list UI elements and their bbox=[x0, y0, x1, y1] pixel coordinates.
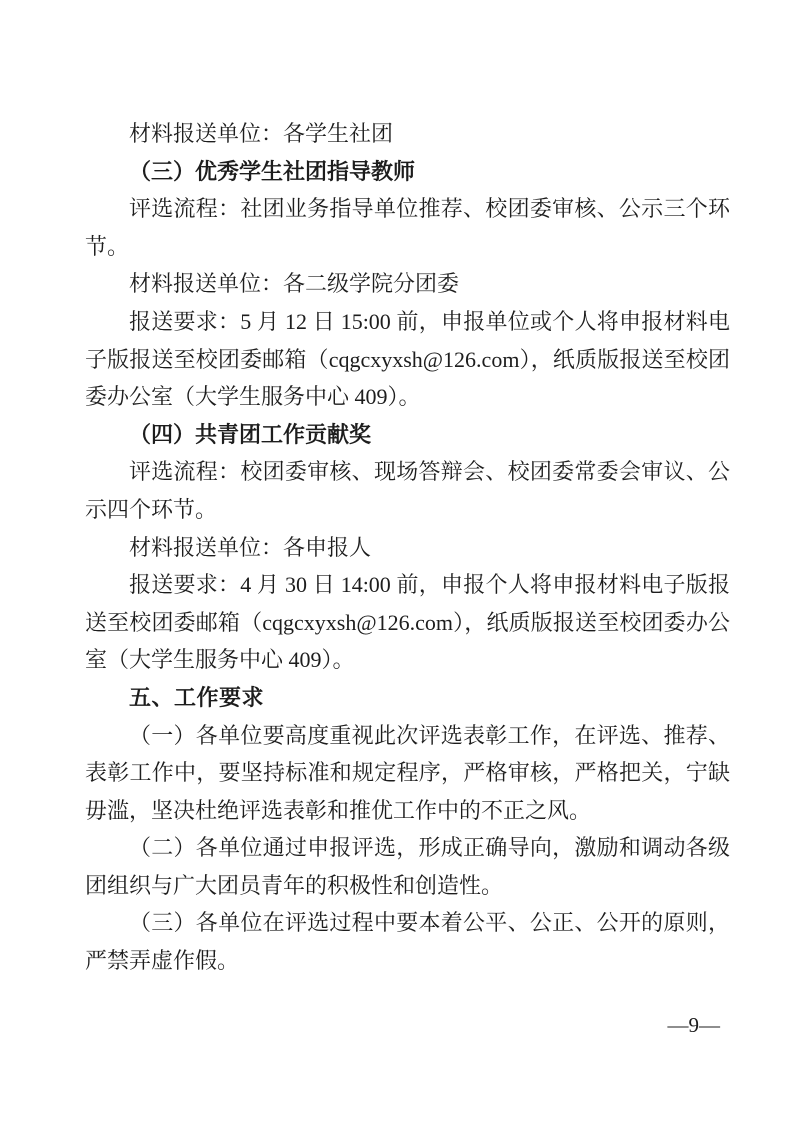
paragraph: （三）各单位在评选过程中要本着公平、公正、公开的原则，严禁弄虚作假。 bbox=[85, 904, 730, 979]
paragraph: 报送要求：5 月 12 日 15:00 前，申报单位或个人将申报材料电子版报送至… bbox=[85, 303, 730, 416]
section-heading: （四）共青团工作贡献奖 bbox=[85, 416, 730, 454]
paragraph: 评选流程：校团委审核、现场答辩会、校团委常委会审议、公示四个环节。 bbox=[85, 453, 730, 528]
document-body: 材料报送单位：各学生社团（三）优秀学生社团指导教师评选流程：社团业务指导单位推荐… bbox=[85, 115, 730, 980]
section-heading: 五、工作要求 bbox=[85, 679, 730, 717]
paragraph: 材料报送单位：各二级学院分团委 bbox=[85, 265, 730, 303]
paragraph: 评选流程：社团业务指导单位推荐、校团委审核、公示三个环节。 bbox=[85, 190, 730, 265]
paragraph: 材料报送单位：各学生社团 bbox=[85, 115, 730, 153]
document-page: 材料报送单位：各学生社团（三）优秀学生社团指导教师评选流程：社团业务指导单位推荐… bbox=[0, 0, 794, 1122]
paragraph: （一）各单位要高度重视此次评选表彰工作，在评选、推荐、表彰工作中，要坚持标准和规… bbox=[85, 717, 730, 830]
section-heading: （三）优秀学生社团指导教师 bbox=[85, 153, 730, 191]
paragraph: （二）各单位通过申报评选，形成正确导向，激励和调动各级团组织与广大团员青年的积极… bbox=[85, 829, 730, 904]
paragraph: 材料报送单位：各申报人 bbox=[85, 529, 730, 567]
paragraph: 报送要求：4 月 30 日 14:00 前，申报个人将申报材料电子版报送至校团委… bbox=[85, 566, 730, 679]
page-number: —9— bbox=[668, 1010, 721, 1040]
